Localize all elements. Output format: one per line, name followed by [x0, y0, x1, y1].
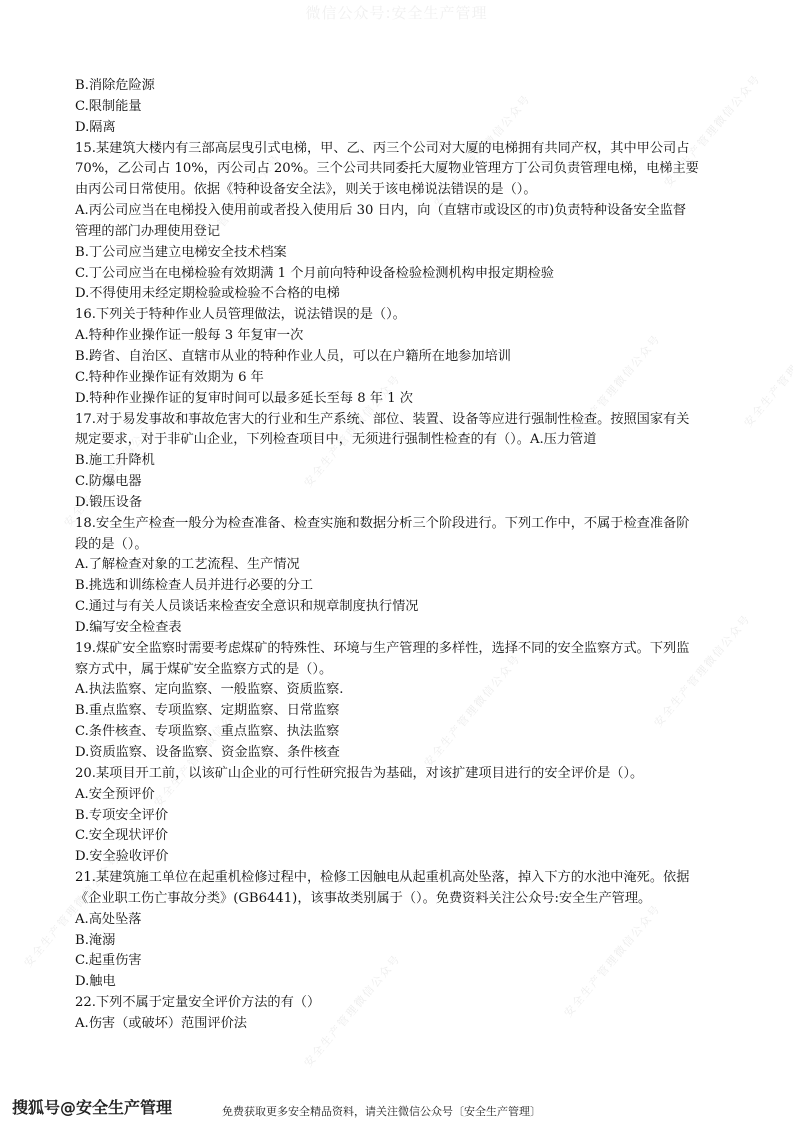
option-line: A.高处坠落: [75, 910, 725, 931]
question-line: 15.某建筑大楼内有三部高层曳引式电梯，甲、乙、丙三个公司对大厦的电梯拥有共同产…: [75, 139, 725, 160]
option-line: A.执法监察、定向监察、一般监察、资质监察.: [75, 680, 725, 701]
top-watermark: 微信公众号:安全生产管理: [0, 2, 793, 23]
question-line: 20.某项目开工前，以该矿山企业的可行性研究报告为基础，对该扩建项目进行的安全评…: [75, 764, 725, 785]
option-line: D.资质监察、设备监察、资金监察、条件核查: [75, 743, 725, 764]
option-line: D.隔离: [75, 118, 725, 139]
option-line: B.消除危险源: [75, 76, 725, 97]
option-line: C.安全现状评价: [75, 826, 725, 847]
question-line: 16.下列关于特种作业人员管理做法，说法错误的是（）。: [75, 305, 725, 326]
diagonal-watermark: 安全生产管理微信公众号: [740, 310, 793, 430]
option-line: A.特种作业操作证一般每 3 年复审一次: [75, 326, 725, 347]
option-line: D.不得使用未经定期检验或检验不合格的电梯: [75, 284, 725, 305]
sohu-logo: 搜狐号@安全生产管理: [12, 1095, 172, 1118]
option-line: C.防爆电器: [75, 472, 725, 493]
option-line: A.丙公司应当在电梯投入使用前或者投入使用后 30 日内，向（直辖市或设区的市)…: [75, 201, 725, 222]
option-line: A.安全预评价: [75, 785, 725, 806]
question-line: 22.下列不属于定量安全评价方法的有（）: [75, 993, 725, 1014]
option-line: A.伤害（或破坏）范围评价法: [75, 1014, 725, 1035]
question-line: 18.安全生产检查一般分为检查准备、检查实施和数据分析三个阶段进行。下列工作中，…: [75, 514, 725, 535]
option-line: B.淹溺: [75, 931, 725, 952]
question-line: 察方式中，属于煤矿安全监察方式的是（）。: [75, 660, 725, 681]
option-line: C.条件核查、专项监察、重点监察、执法监察: [75, 722, 725, 743]
document-body: B.消除危险源 C.限制能量 D.隔离 15.某建筑大楼内有三部高层曳引式电梯，…: [75, 76, 725, 1035]
option-line: C.特种作业操作证有效期为 6 年: [75, 368, 725, 389]
option-line: C.起重伤害: [75, 951, 725, 972]
question-line: 段的是（）。: [75, 535, 725, 556]
question-line: 规定要求，对于非矿山企业，下列检查项目中，无须进行强制性检查的有（）。A.压力管…: [75, 430, 725, 451]
option-line: D.触电: [75, 972, 725, 993]
option-line: A.了解检查对象的工艺流程、生产情况: [75, 555, 725, 576]
option-line: D.编写安全检查表: [75, 618, 725, 639]
question-line: 70%，乙公司占 10%，丙公司占 20%。三个公司共同委托大厦物业管理方丁公司…: [75, 159, 725, 180]
question-line: 17.对于易发事故和事故危害大的行业和生产系统、部位、装置、设备等应进行强制性检…: [75, 410, 725, 431]
option-line: C.通过与有关人员谈话来检查安全意识和规章制度执行情况: [75, 597, 725, 618]
option-line: B.丁公司应当建立电梯安全技术档案: [75, 243, 725, 264]
option-line: D.安全验收评价: [75, 847, 725, 868]
footer-note: 免费获取更多安全精品资料，请关注微信公众号〔安全生产管理〕: [222, 1103, 541, 1119]
option-line: B.专项安全评价: [75, 806, 725, 827]
option-line: B.跨省、自治区、直辖市从业的特种作业人员，可以在户籍所在地参加培训: [75, 347, 725, 368]
option-line: D.特种作业操作证的复审时间可以最多延长至每 8 年 1 次: [75, 389, 725, 410]
option-line: C.限制能量: [75, 97, 725, 118]
question-line: 21.某建筑施工单位在起重机检修过程中，检修工因触电从起重机高处坠落，掉入下方的…: [75, 868, 725, 889]
option-line: D.锻压设备: [75, 493, 725, 514]
question-line: 《企业职工伤亡事故分类》(GB6441)，该事故类别属于（）。免费资料关注公众号…: [75, 889, 725, 910]
option-line: B.挑选和训练检查人员并进行必要的分工: [75, 576, 725, 597]
question-line: 由丙公司日常使用。依据《特种设备安全法》，则关于该电梯说法错误的是（）。: [75, 180, 725, 201]
option-line: C.丁公司应当在电梯检验有效期满 1 个月前向特种设备检验检测机构申报定期检验: [75, 264, 725, 285]
question-line: 19.煤矿安全监察时需要考虑煤矿的特殊性、环境与生产管理的多样性，选择不同的安全…: [75, 639, 725, 660]
option-line: B.施工升降机: [75, 451, 725, 472]
option-line: B.重点监察、专项监察、定期监察、日常监察: [75, 701, 725, 722]
option-line: 管理的部门办理使用登记: [75, 222, 725, 243]
